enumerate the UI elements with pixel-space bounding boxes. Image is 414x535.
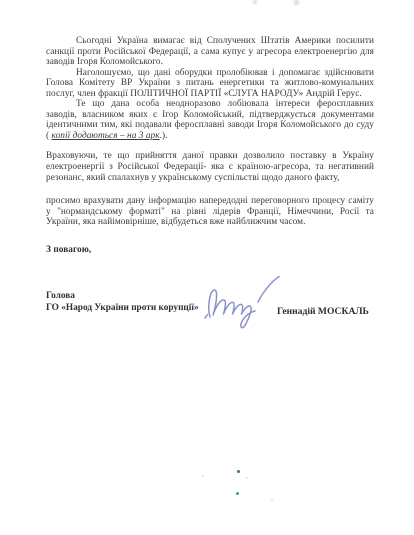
scan-edge-mark [294,0,299,5]
handwritten-signature-icon [199,273,291,331]
signature-ink-mark [205,315,208,319]
signature-ink-main [209,290,255,328]
signer-position: Голова ГО «Народ України проти корупції» [46,291,199,314]
scan-speck [202,475,204,477]
closing-salutation: З повагою, [46,245,374,256]
paragraph-1: Сьогодні Україна вимагає від Сполучених … [46,36,374,68]
signer-name: Геннадій МОСКАЛЬ [277,306,369,317]
legal-note: копії додаються – на 3 арк [52,131,160,141]
scan-speck [237,470,240,473]
legal-note-close: .). [160,131,168,141]
paragraph-4: Враховуючи, те що прийняття даної правки… [46,151,374,183]
letter-page: Сьогодні Україна вимагає від Сполучених … [0,0,414,535]
letter-body: Сьогодні Україна вимагає від Сполучених … [46,36,374,255]
paragraph-3-text: Те що дана особа неодноразово лобіювала … [46,99,374,130]
scan-edge-mark [253,0,257,4]
paragraph-2: Наголошуємо, що дані оборудки пролобіюва… [46,68,374,100]
signer-position-line1: Голова [46,291,199,303]
scan-speck [271,499,273,501]
signature-ink-flourish [258,277,279,303]
paragraph-3: Те що дана особа неодноразово лобіювала … [46,99,374,141]
signer-position-line2: ГО «Народ України проти корупції» [46,303,199,315]
scan-speck [246,477,248,479]
scan-speck [236,492,239,495]
paragraph-5: просимо врахувати дану інформацію напере… [46,196,374,228]
